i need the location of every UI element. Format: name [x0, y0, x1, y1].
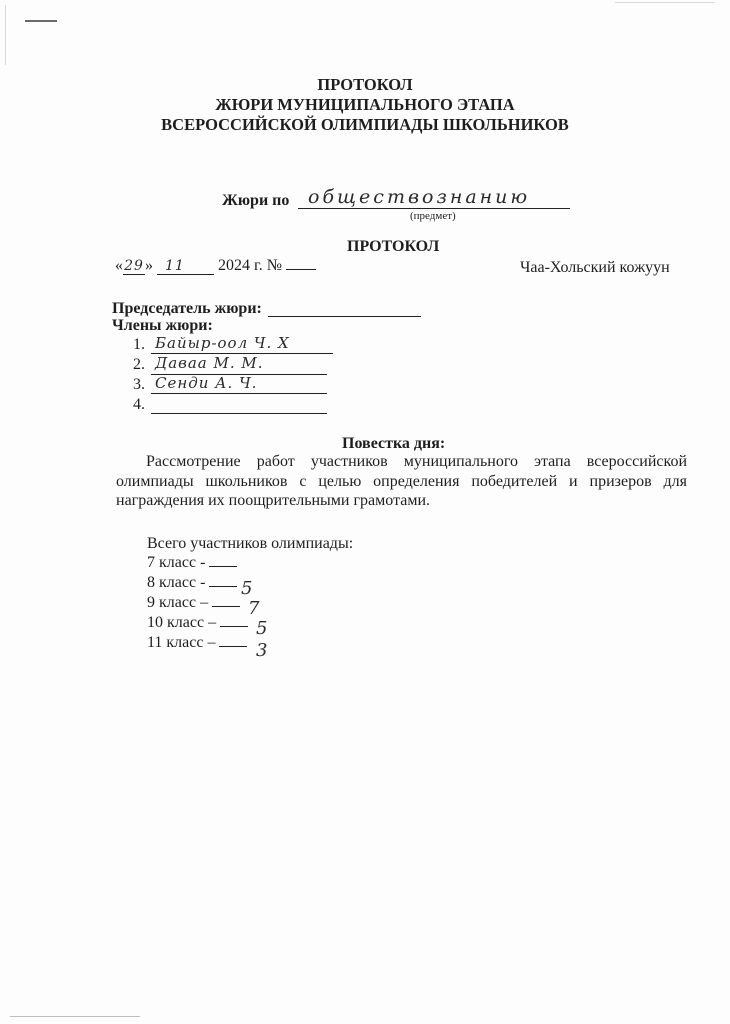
member-name-3: Сенди А. Ч. — [155, 374, 257, 392]
open-quote: « — [115, 257, 123, 274]
agenda-title: Повестка дня: — [342, 435, 445, 453]
grade-9-blank — [212, 606, 240, 607]
protocol-number-field — [286, 269, 316, 270]
scan-mark-left-edge — [5, 5, 6, 65]
subject-caption: (предмет) — [410, 210, 456, 222]
member-number-3: 3. — [133, 376, 145, 394]
member-line-4 — [151, 413, 327, 414]
participants-title: Всего участников олимпиады: — [147, 535, 353, 553]
month-handwritten: 11 — [157, 258, 214, 275]
close-quote: » — [145, 257, 153, 274]
heading-line-3: ВСЕРОССИЙСКОЙ ОЛИМПИАДЫ ШКОЛЬНИКОВ — [0, 115, 730, 135]
chair-underline — [268, 316, 421, 317]
grade-7: 7 класс - — [147, 554, 237, 572]
scanned-page: ПРОТОКОЛ ЖЮРИ МУНИЦИПАЛЬНОГО ЭТАПА ВСЕРО… — [0, 0, 730, 1024]
grade-10-blank — [220, 626, 248, 627]
year-text: 2024 г. № — [218, 257, 282, 274]
protocol-title: ПРОТОКОЛ — [347, 238, 439, 256]
grade-10-count: 5 — [256, 618, 268, 639]
grade-11-count: 3 — [256, 640, 268, 661]
heading-line-2: ЖЮРИ МУНИЦИПАЛЬНОГО ЭТАПА — [0, 95, 730, 115]
grade-11-blank — [219, 646, 247, 647]
grade-8-blank — [209, 586, 237, 587]
grade-10-label: 10 класс – — [147, 614, 216, 631]
grade-11-label: 11 класс – — [147, 634, 215, 651]
member-number-1: 1. — [133, 336, 145, 354]
grade-8-label: 8 класс - — [147, 574, 205, 591]
heading-line-1: ПРОТОКОЛ — [0, 75, 730, 95]
agenda-text: Рассмотрение работ участников муниципаль… — [116, 453, 687, 509]
grade-9-count: 7 — [248, 598, 260, 619]
member-number-2: 2. — [133, 356, 145, 374]
scan-mark-bottom — [10, 1016, 140, 1017]
scan-mark-top-left — [25, 20, 57, 22]
member-number-4: 4. — [133, 396, 145, 414]
members-label: Члены жюри: — [112, 317, 213, 335]
grade-9: 9 класс – — [147, 594, 240, 612]
date-line: «29» 11 2024 г. № — [115, 257, 316, 275]
member-line-3 — [151, 393, 327, 394]
grade-8: 8 класс - — [147, 574, 237, 592]
member-name-2: Даваа М. М. — [155, 354, 264, 372]
grade-10: 10 класс – — [147, 614, 248, 632]
scan-mark-top-right — [615, 2, 715, 3]
grade-9-label: 9 класс – — [147, 594, 208, 611]
agenda-text-block: Рассмотрение работ участников муниципаль… — [116, 452, 687, 511]
grade-7-blank — [209, 566, 237, 567]
subject-underline — [298, 208, 570, 209]
grade-8-count: 5 — [241, 578, 253, 599]
jury-label: Жюри по — [222, 192, 289, 210]
member-name-1: Байыр-оол Ч. Х — [155, 334, 290, 352]
grade-7-label: 7 класс - — [147, 554, 205, 571]
grade-11: 11 класс – — [147, 634, 247, 652]
location: Чаа-Хольский кожуун — [520, 259, 670, 277]
document-heading: ПРОТОКОЛ ЖЮРИ МУНИЦИПАЛЬНОГО ЭТАПА ВСЕРО… — [0, 75, 730, 135]
day-handwritten: 29 — [123, 258, 145, 275]
subject-handwritten: обществознанию — [308, 186, 530, 208]
chair-label: Председатель жюри: — [112, 300, 262, 318]
